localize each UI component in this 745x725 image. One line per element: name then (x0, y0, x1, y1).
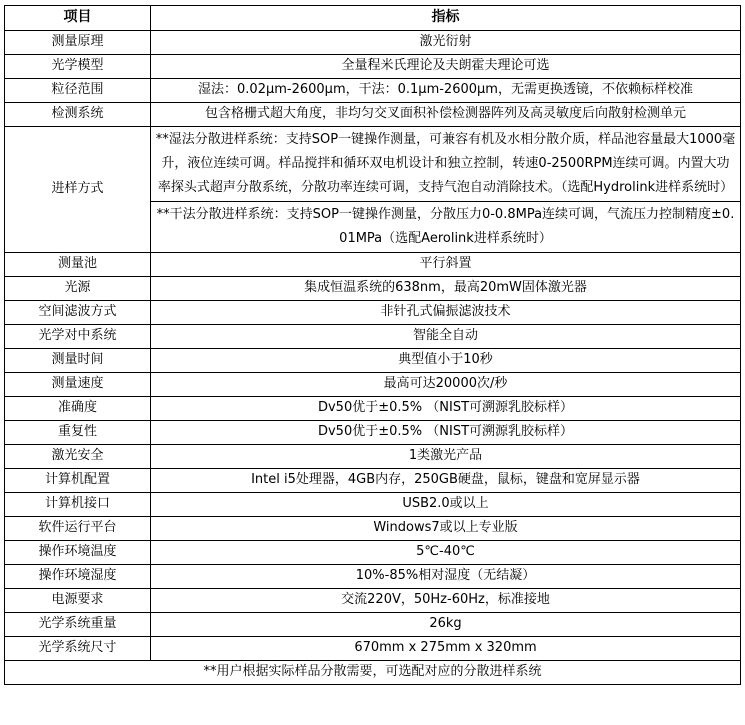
spec-label-operating-temperature: 操作环境温度 (5, 541, 151, 565)
table-row: 光学系统重量 26kg (5, 613, 741, 637)
table-row: 计算机接口 USB2.0或以上 (5, 493, 741, 517)
table-row: 测量池 平行斜置 (5, 253, 741, 277)
spec-value-dry-dispersion: **干法分散进样系统：支持SOP一键操作测量，分散压力0-0.8MPa连续可调，… (151, 202, 741, 253)
spec-value-measurement-time: 典型值小于10秒 (151, 349, 741, 373)
spec-label-operating-humidity: 操作环境湿度 (5, 565, 151, 589)
table-row: 操作环境温度 5℃-40℃ (5, 541, 741, 565)
spec-label-sampling-method: 进样方式 (5, 127, 151, 253)
table-row: 测量速度 最高可达20000次/秒 (5, 373, 741, 397)
table-row: 计算机配置 Intel i5处理器，4GB内存，250GB硬盘，鼠标，键盘和宽屏… (5, 469, 741, 493)
spec-value-computer-interface: USB2.0或以上 (151, 493, 741, 517)
table-row: 电源要求 交流220V，50Hz-60Hz，标准接地 (5, 589, 741, 613)
spec-value-alignment-system: 智能全自动 (151, 325, 741, 349)
table-row: 测量原理 激光衍射 (5, 31, 741, 55)
header-spec-column: 指标 (151, 6, 741, 31)
spec-value-operating-humidity: 10%-85%相对湿度（无结凝） (151, 565, 741, 589)
table-row-sampling-wet: 进样方式 **湿法分散进样系统：支持SOP一键操作测量，可兼容有机及水相分散介质… (5, 127, 741, 202)
spec-value-computer-config: Intel i5处理器，4GB内存，250GB硬盘，鼠标，键盘和宽屏显示器 (151, 469, 741, 493)
table-header-row: 项目 指标 (5, 6, 741, 31)
spec-label-detection-system: 检测系统 (5, 103, 151, 127)
spec-value-laser-safety: 1类激光产品 (151, 445, 741, 469)
spec-label-spatial-filter: 空间滤波方式 (5, 301, 151, 325)
header-item-column: 项目 (5, 6, 151, 31)
spec-label-accuracy: 准确度 (5, 397, 151, 421)
spec-label-computer-config: 计算机配置 (5, 469, 151, 493)
spec-label-alignment-system: 光学对中系统 (5, 325, 151, 349)
spec-table: 项目 指标 测量原理 激光衍射 光学模型 全量程米氏理论及夫朗霍夫理论可选 粒径… (4, 5, 741, 685)
table-row: 光学模型 全量程米氏理论及夫朗霍夫理论可选 (5, 55, 741, 79)
spec-label-light-source: 光源 (5, 277, 151, 301)
table-footer-row: **用户根据实际样品分散需要，可选配对应的分散进样系统 (5, 661, 741, 685)
table-row: 光学对中系统 智能全自动 (5, 325, 741, 349)
table-row: 光学系统尺寸 670mm x 275mm x 320mm (5, 637, 741, 661)
spec-label-size-range: 粒径范围 (5, 79, 151, 103)
spec-label-measurement-cell: 测量池 (5, 253, 151, 277)
spec-label-power-requirement: 电源要求 (5, 589, 151, 613)
spec-value-measurement-cell: 平行斜置 (151, 253, 741, 277)
spec-value-spatial-filter: 非针孔式偏振滤波技术 (151, 301, 741, 325)
table-row: 准确度 Dv50优于±0.5% （NIST可溯源乳胶标样） (5, 397, 741, 421)
spec-label-optical-system-weight: 光学系统重量 (5, 613, 151, 637)
spec-value-power-requirement: 交流220V，50Hz-60Hz，标准接地 (151, 589, 741, 613)
spec-value-light-source: 集成恒温系统的638nm，最高20mW固体激光器 (151, 277, 741, 301)
spec-label-software-platform: 软件运行平台 (5, 517, 151, 541)
spec-value-operating-temperature: 5℃-40℃ (151, 541, 741, 565)
spec-value-accuracy: Dv50优于±0.5% （NIST可溯源乳胶标样） (151, 397, 741, 421)
table-row: 测量时间 典型值小于10秒 (5, 349, 741, 373)
spec-label-computer-interface: 计算机接口 (5, 493, 151, 517)
table-row: 操作环境湿度 10%-85%相对湿度（无结凝） (5, 565, 741, 589)
spec-value-optical-system-weight: 26kg (151, 613, 741, 637)
spec-value-measurement-speed: 最高可达20000次/秒 (151, 373, 741, 397)
table-row: 检测系统 包含格栅式超大角度，非均匀交叉面积补偿检测器阵列及高灵敏度后向散射检测… (5, 103, 741, 127)
table-row: 光源 集成恒温系统的638nm，最高20mW固体激光器 (5, 277, 741, 301)
table-footnote: **用户根据实际样品分散需要，可选配对应的分散进样系统 (5, 661, 741, 685)
spec-value-wet-dispersion: **湿法分散进样系统：支持SOP一键操作测量，可兼容有机及水相分散介质，样品池容… (151, 127, 741, 202)
spec-label-optical-system-size: 光学系统尺寸 (5, 637, 151, 661)
spec-value-detection-system: 包含格栅式超大角度，非均匀交叉面积补偿检测器阵列及高灵敏度后向散射检测单元 (151, 103, 741, 127)
spec-value-repeatability: Dv50优于±0.5% （NIST可溯源乳胶标样） (151, 421, 741, 445)
spec-label-measurement-speed: 测量速度 (5, 373, 151, 397)
spec-label-measurement-time: 测量时间 (5, 349, 151, 373)
spec-label-measure-principle: 测量原理 (5, 31, 151, 55)
table-row: 软件运行平台 Windows7或以上专业版 (5, 517, 741, 541)
spec-label-repeatability: 重复性 (5, 421, 151, 445)
spec-value-optical-system-size: 670mm x 275mm x 320mm (151, 637, 741, 661)
table-row: 激光安全 1类激光产品 (5, 445, 741, 469)
table-row: 重复性 Dv50优于±0.5% （NIST可溯源乳胶标样） (5, 421, 741, 445)
spec-value-software-platform: Windows7或以上专业版 (151, 517, 741, 541)
spec-value-measure-principle: 激光衍射 (151, 31, 741, 55)
table-row: 空间滤波方式 非针孔式偏振滤波技术 (5, 301, 741, 325)
table-row: 粒径范围 湿法：0.02μm-2600μm，干法：0.1μm-2600μm，无需… (5, 79, 741, 103)
spec-value-size-range: 湿法：0.02μm-2600μm，干法：0.1μm-2600μm，无需更换透镜，… (151, 79, 741, 103)
spec-sheet-page: 项目 指标 测量原理 激光衍射 光学模型 全量程米氏理论及夫朗霍夫理论可选 粒径… (0, 0, 745, 685)
spec-value-optical-model: 全量程米氏理论及夫朗霍夫理论可选 (151, 55, 741, 79)
spec-label-optical-model: 光学模型 (5, 55, 151, 79)
spec-label-laser-safety: 激光安全 (5, 445, 151, 469)
